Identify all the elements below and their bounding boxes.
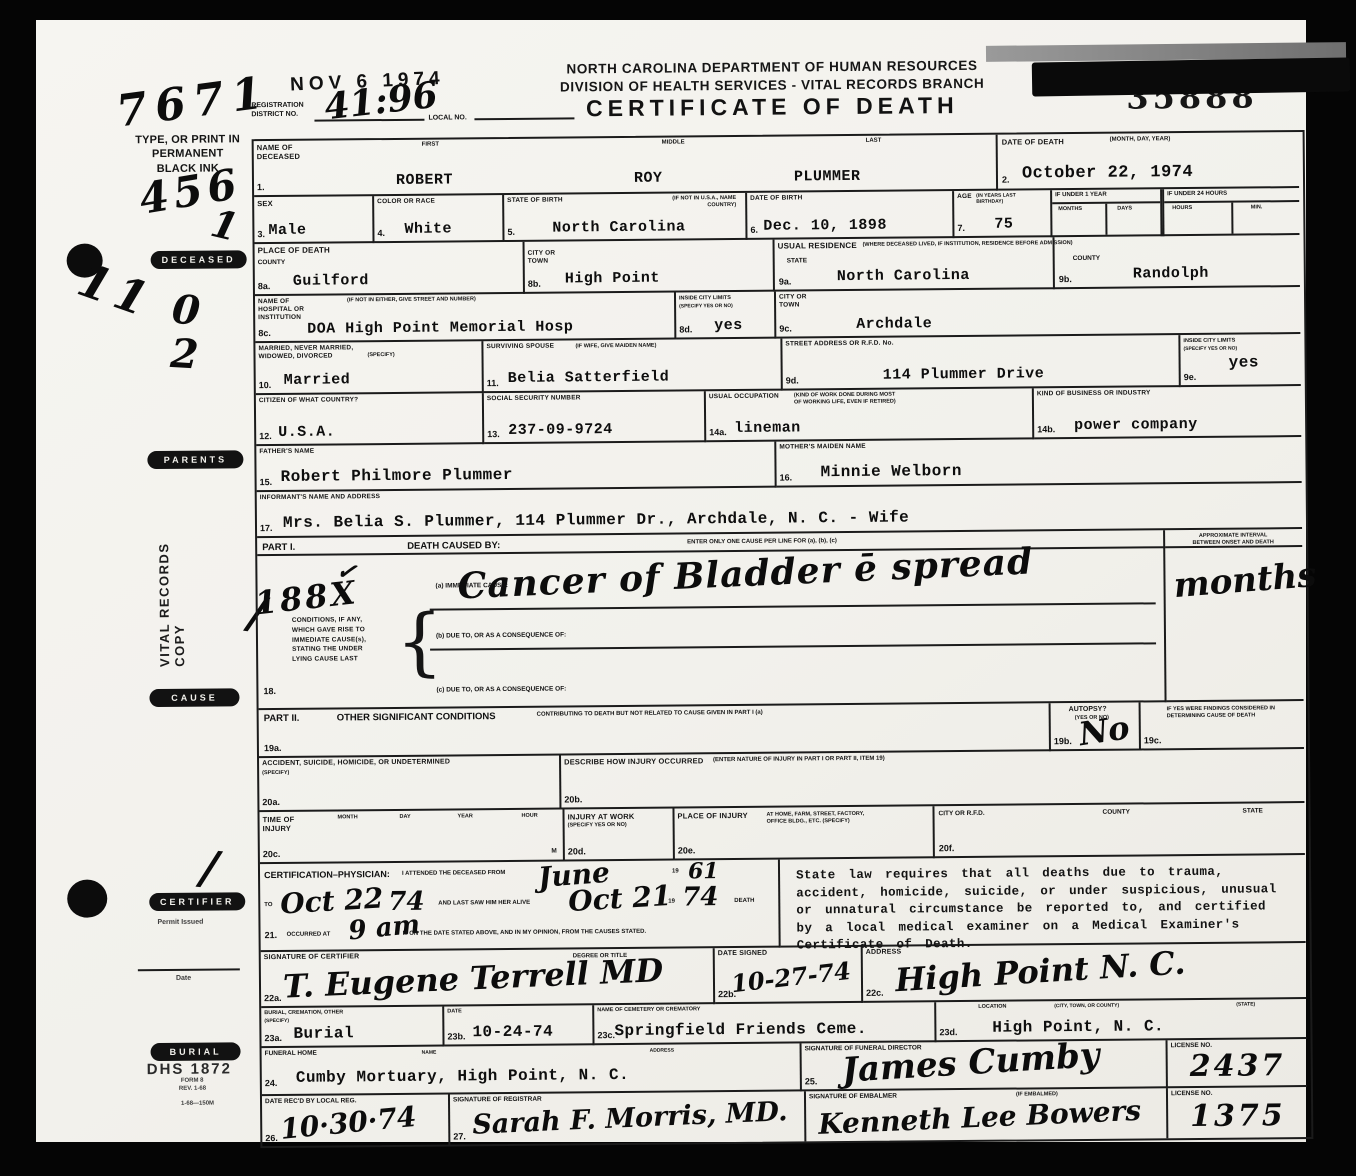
spouse-label: SURVIVING SPOUSE [486, 343, 554, 351]
attended-from-year: 61 [688, 860, 719, 882]
field-age: AGE (IN YEARS LAST BIRTHDAY) 7. 75 [954, 190, 1052, 238]
under1-label: IF UNDER 1 YEAR [1055, 192, 1107, 200]
interval-header-rule [1165, 545, 1302, 548]
under1-months-label: MONTHS [1058, 206, 1082, 213]
res-state-label: STATE [787, 257, 807, 265]
under24-label: IF UNDER 24 HOURS [1167, 191, 1227, 199]
margin-handwritten-0: 0 [170, 290, 202, 332]
burial-type-label: BURIAL, CREMATION, OTHER [264, 1009, 343, 1016]
res-county-number: 9b. [1059, 274, 1072, 284]
number-19b: 19b. [1054, 736, 1072, 746]
field-father: FATHER'S NAME 15. Robert Philmore Plumme… [256, 442, 776, 493]
field-res-street: STREET ADDRESS OR R.F.D. No. 9d. 114 Plu… [782, 335, 1180, 390]
industry-value: power company [1074, 417, 1198, 433]
time-injury-label: TIME OF INJURY [263, 815, 295, 833]
dob-value: Dec. 10, 1898 [763, 218, 887, 234]
atwork-sublabel: (SPECIFY YES OR NO) [568, 822, 627, 829]
conditions-brace: { [396, 605, 444, 679]
field-pod-city: CITY OR TOWN 8b. High Point [525, 240, 775, 294]
sob-sublabel: (IF NOT IN U.S.A., NAME COUNTRY) [596, 195, 736, 209]
part2-label: PART II. [264, 713, 300, 724]
citizen-number: 12. [259, 431, 272, 441]
date-signed-value: 10-27-74 [730, 959, 852, 996]
form-number: DHS 1872 [147, 1060, 232, 1078]
certifier-signature-label: SIGNATURE OF CERTIFIER [264, 953, 360, 962]
form-number-sub2: REV. 1-68 [179, 1086, 206, 1093]
date-signed-label: DATE SIGNED [718, 950, 768, 959]
field-time-of-injury: TIME OF INJURY MONTH DAY YEAR HOUR 20c. … [259, 809, 564, 864]
pod-county-number: 8a. [258, 281, 271, 291]
due-to-c-label: (c) DUE TO, OR AS A CONSEQUENCE OF: [436, 685, 566, 694]
funeral-home-address-sub: ADDRESS [650, 1048, 675, 1054]
field-registrar-signature: SIGNATURE OF REGISTRAR 27. Sarah F. Morr… [450, 1091, 806, 1144]
embalmer-value: Kenneth Lee Bowers [818, 1097, 1142, 1139]
res-city-number: 9c. [779, 323, 792, 333]
occurred-label: OCCURRED AT [287, 932, 331, 940]
number-19a: 19a. [264, 743, 282, 753]
number-23d: 23d. [939, 1027, 957, 1037]
certification-section: CERTIFICATION–PHYSICIAN: I ATTENDED THE … [260, 860, 781, 953]
race-label: COLOR OR RACE [377, 198, 435, 206]
field-cemetery: NAME OF CEMETERY OR CREMATORY 23c. Sprin… [594, 1002, 936, 1045]
field-marital: MARRIED, NEVER MARRIED, WIDOWED, DIVORCE… [255, 341, 483, 395]
margin-handwritten-11: 11 [72, 256, 159, 325]
marital-sublabel: (SPECIFY) [367, 352, 394, 359]
number-21: 21. [265, 930, 278, 940]
tab-cause: CAUSE [149, 688, 239, 707]
pod-county-value: Guilford [293, 273, 369, 289]
injury-county-label: COUNTY [1102, 809, 1130, 817]
name-last-value: PLUMMER [794, 169, 861, 185]
vital-records-copy-label: VITAL RECORDS COPY [156, 497, 187, 667]
part1-label: PART I. [262, 542, 295, 553]
accident-label: ACCIDENT, SUICIDE, HOMICIDE, OR UNDETERM… [262, 758, 450, 768]
attended-label: I ATTENDED THE DECEASED FROM [402, 870, 505, 878]
month-label: MONTH [338, 814, 358, 821]
number-22c: 22c. [866, 988, 884, 998]
other-conditions-label: OTHER SIGNIFICANT CONDITIONS [337, 711, 496, 723]
number-26: 26. [265, 1133, 278, 1143]
burial-type-value: Burial [293, 1025, 354, 1042]
part1-cause-section: PART I. DEATH CAUSED BY: ENTER ONLY ONE … [257, 530, 1166, 710]
occurred-value: 9 am [347, 912, 421, 945]
res-city-value: Archdale [856, 316, 932, 332]
field-sex: SEX 3. Male [254, 196, 374, 244]
dob-number: 6. [750, 225, 758, 235]
field-mother: MOTHER'S MAIDEN NAME 16. Minnie Welborn [776, 437, 1301, 488]
dod-label: DATE OF DEATH [1002, 137, 1064, 147]
race-number: 4. [377, 228, 385, 238]
due-to-b-label: (b) DUE TO, OR AS A CONSEQUENCE OF: [436, 631, 566, 640]
dod-number: 2. [1002, 175, 1010, 185]
death-word: DEATH [734, 898, 754, 905]
field-if-under-1-year: IF UNDER 1 YEAR MONTHS DAYS [1052, 189, 1162, 237]
embalmer-license-label: LICENSE NO. [1171, 1090, 1213, 1098]
scanned-death-certificate: 7671 TYPE, OR PRINT IN PERMANENT BLACK I… [0, 0, 1356, 1176]
res-state-number: 9a. [779, 276, 792, 286]
certification-heading: CERTIFICATION–PHYSICIAN: [264, 869, 390, 880]
burial-date-label: DATE [447, 1008, 462, 1015]
informant-number: 17. [260, 523, 273, 533]
registrar-value: Sarah F. Morris, MD. [472, 1098, 788, 1139]
mother-value: Minnie Welborn [820, 463, 962, 480]
number-20b: 20b. [564, 794, 582, 804]
marital-value: Married [284, 372, 351, 388]
tab-burial: BURIAL [151, 1042, 241, 1061]
field-autopsy: AUTOPSY? (YES OR NO) 19b. No [1051, 702, 1141, 751]
occurred-rest-label: M ON THE DATE STATED ABOVE, AND IN MY OP… [403, 929, 647, 938]
citizen-value: U.S.A. [278, 424, 335, 439]
pre19-a: 19 [672, 869, 679, 876]
ifyes-label: IF YES WERE FINDINGS CONSIDERED IN DETER… [1167, 705, 1276, 719]
registration-district-label-2: DISTRICT NO. [251, 111, 298, 120]
hour-label: HOUR [522, 813, 538, 820]
embalmer-license-value: 1375 [1190, 1101, 1286, 1132]
other-conditions-sublabel: CONTRIBUTING TO DEATH BUT NOT RELATED TO… [537, 710, 763, 719]
part2-section: PART II. OTHER SIGNIFICANT CONDITIONS CO… [259, 703, 1051, 758]
ssn-value: 237-09-9724 [508, 422, 613, 438]
margin-handwritten-7671: 7671 [114, 71, 273, 135]
field-spouse: SURVIVING SPOUSE (IF WIFE, GIVE MAIDEN N… [483, 339, 782, 394]
certificate-title: CERTIFICATE OF DEATH [532, 92, 1012, 123]
certifier-address-value: High Point N. C. [894, 947, 1186, 997]
field-date-received: DATE REC'D BY LOCAL REG. 26. 10·30·74 [262, 1095, 450, 1147]
industry-label: KIND OF BUSINESS OR INDUSTRY [1037, 389, 1151, 398]
sob-label: STATE OF BIRTH [507, 196, 563, 204]
citizen-label: CITIZEN OF WHAT COUNTRY? [259, 396, 358, 405]
atwork-label: INJURY AT WORK [568, 812, 635, 822]
number-23a: 23a. [264, 1033, 282, 1043]
res-state-value: North Carolina [837, 268, 970, 284]
pod-limits-value: yes [714, 318, 743, 333]
name-col-first: FIRST [422, 142, 439, 149]
informant-value: Mrs. Belia S. Plummer, 114 Plummer Dr., … [283, 509, 909, 530]
spouse-sublabel: (IF WIFE, GIVE MAIDEN NAME) [575, 343, 656, 350]
ssn-label: SOCIAL SECURITY NUMBER [487, 394, 581, 403]
pod-group-label: PLACE OF DEATH [258, 246, 331, 256]
field-certifier-signature: SIGNATURE OF CERTIFIER DEGREE OR TITLE 2… [261, 948, 715, 1008]
number-22a: 22a. [264, 993, 282, 1003]
field-burial-location: LOCATION (CITY, TOWN, OR COUNTY) (STATE)… [936, 999, 1306, 1042]
age-sublabel: (IN YEARS LAST BIRTHDAY) [976, 193, 1016, 205]
field-funeral-director: SIGNATURE OF FUNERAL DIRECTOR 25. James … [802, 1040, 1168, 1091]
name-col-last: LAST [866, 138, 882, 145]
pod-city-value: High Point [565, 271, 660, 287]
marital-label: MARRIED, NEVER MARRIED, WIDOWED, DIVORCE… [258, 344, 353, 360]
field-injury-city: CITY OR R.F.D. COUNTY STATE 20f. [934, 803, 1304, 858]
under24-min-label: MIN. [1251, 204, 1263, 211]
department-line-1: NORTH CAROLINA DEPARTMENT OF HUMAN RESOU… [532, 58, 1012, 77]
meridiem-label: M [551, 848, 556, 856]
field-name-of-deceased: NAME OF DECEASED FIRST MIDDLE LAST 1. RO… [254, 135, 998, 197]
dod-value: October 22, 1974 [1022, 164, 1193, 182]
due-to-b-line [430, 642, 1156, 650]
field-describe-injury: DESCRIBE HOW INJURY OCCURRED (ENTER NATU… [561, 749, 1304, 809]
date-received-value: 10·30·74 [279, 1103, 417, 1144]
name-number: 1. [257, 182, 265, 192]
hospital-number: 8c. [258, 328, 271, 338]
name-label: NAME OF DECEASED [257, 143, 300, 161]
describe-injury-sublabel: (ENTER NATURE OF INJURY IN PART I OR PAR… [713, 756, 885, 765]
certificate-form: NAME OF DECEASED FIRST MIDDLE LAST 1. RO… [252, 130, 1314, 1148]
res-street-label: STREET ADDRESS OR R.F.D. No. [785, 340, 893, 349]
res-limits-value: yes [1229, 354, 1259, 370]
field-embalmer-license: LICENSE NO. 1375 [1168, 1087, 1307, 1138]
death-caused-by-label: DEATH CAUSED BY: [407, 540, 500, 552]
margin-handwritten-slash-2: / [199, 844, 220, 891]
alive-label: AND LAST SAW HIM HER ALIVE [438, 900, 530, 908]
field-res-city-limits: INSIDE CITY LIMITS (SPECIFY YES OR NO) 9… [1180, 334, 1300, 387]
local-no-label: LOCAL NO. [428, 114, 466, 123]
form-number-sub1: FORM 8 [181, 1078, 204, 1085]
number-24: 24. [265, 1078, 278, 1088]
field-date-of-death: DATE OF DEATH (MONTH, DAY, YEAR) 2. Octo… [998, 132, 1299, 191]
autopsy-value: No [1077, 711, 1132, 750]
age-number: 7. [957, 223, 965, 233]
race-value: White [404, 221, 452, 236]
alive-value: Oct 21 [568, 882, 673, 916]
res-limits-sublabel: (SPECIFY YES OR NO) [1183, 346, 1237, 352]
number-19c: 19c. [1144, 735, 1162, 745]
part1-interval-column: APPROXIMATE INTERVAL BETWEEN ONSET AND D… [1165, 529, 1303, 702]
tab-certifier: CERTIFIER [149, 892, 245, 911]
pod-city-label: CITY OR TOWN [528, 250, 556, 266]
father-value: Robert Philmore Plummer [280, 467, 512, 485]
field-ssn: SOCIAL SECURITY NUMBER 13. 237-09-9724 [484, 391, 706, 444]
field-if-under-24-hours: IF UNDER 24 HOURS HOURS MIN. [1162, 188, 1299, 236]
ssn-number: 13. [487, 429, 500, 439]
number-27: 27. [453, 1131, 466, 1141]
field-date-of-birth: DATE OF BIRTH 6. Dec. 10, 1898 [747, 191, 954, 240]
interval-value: months [1172, 558, 1317, 603]
sex-label: SEX [257, 199, 273, 208]
age-label: AGE [957, 193, 972, 201]
director-license-value: 2437 [1190, 1051, 1286, 1082]
date-received-label: DATE REC'D BY LOCAL REG. [265, 1097, 357, 1106]
pod-county-label: COUNTY [258, 259, 286, 267]
occupation-number: 14a. [709, 427, 727, 437]
field-funeral-home: FUNERAL HOME NAME ADDRESS 24. Cumby Mort… [262, 1043, 802, 1096]
spouse-value: Belia Satterfield [508, 370, 670, 386]
form-number-sub3: 1-68—150M [181, 1101, 214, 1108]
field-injury-at-work: INJURY AT WORK (SPECIFY YES OR NO) 20d. [564, 809, 674, 862]
cemetery-label: NAME OF CEMETERY OR CREMATORY [597, 1006, 700, 1013]
spouse-number: 11. [487, 378, 499, 388]
field-state-of-birth: STATE OF BIRTH (IF NOT IN U.S.A., NAME C… [504, 193, 747, 242]
res-city-label: CITY OR TOWN [779, 293, 807, 309]
permit-issued-label: Permit Issued [157, 919, 203, 928]
field-director-license: LICENSE NO. 2437 [1168, 1039, 1307, 1088]
state-law-box: State law requires that all deaths due t… [780, 855, 1306, 948]
field-accident: ACCIDENT, SUICIDE, HOMICIDE, OR UNDETERM… [259, 756, 561, 813]
sex-value: Male [268, 223, 306, 238]
field-certifier-address: ADDRESS 22c. High Point N. C. [863, 943, 1306, 1003]
res-county-label: COUNTY [1073, 255, 1101, 263]
mother-label: MOTHER'S MAIDEN NAME [779, 443, 866, 452]
state-law-text: State law requires that all deaths due t… [780, 855, 1306, 955]
tab-parents: PARENTS [147, 450, 243, 469]
field-date-signed: DATE SIGNED 22b. 10-27-74 [715, 947, 863, 1004]
res-county-value: Randolph [1133, 266, 1209, 282]
field-autopsy-findings: IF YES WERE FINDINGS CONSIDERED IN DETER… [1141, 701, 1304, 750]
under1-days-label: DAYS [1117, 206, 1132, 213]
number-20d: 20d. [568, 846, 586, 856]
cause-code-checkmark: ✓ [335, 558, 359, 585]
res-limits-number: 9e. [1184, 372, 1197, 382]
burial-location-sub2: (STATE) [1236, 1001, 1255, 1007]
funeral-home-name-sub: NAME [422, 1050, 437, 1056]
burial-type-sublabel: (SPECIFY) [264, 1018, 289, 1024]
father-label: FATHER'S NAME [259, 448, 314, 456]
interval-label: APPROXIMATE INTERVAL BETWEEN ONSET AND D… [1173, 532, 1293, 546]
funeral-home-label: FUNERAL HOME [265, 1050, 317, 1058]
burial-location-label: LOCATION [978, 1004, 1006, 1011]
conditions-note: CONDITIONS, IF ANY, WHICH GAVE RISE TO I… [292, 615, 367, 664]
number-20e: 20e. [678, 845, 696, 855]
occupation-sublabel: (KIND OF WORK DONE DURING MOST OF WORKIN… [794, 392, 896, 406]
marital-number: 10. [259, 380, 272, 390]
industry-number: 14b. [1037, 424, 1055, 434]
res-street-number: 9d. [786, 375, 799, 385]
pod-limits-sublabel: (SPECIFY YES OR NO) [679, 303, 733, 309]
field-citizen: CITIZEN OF WHAT COUNTRY? 12. U.S.A. [256, 393, 484, 446]
father-number: 15. [260, 477, 273, 487]
embalmer-label: SIGNATURE OF EMBALMER [809, 1093, 897, 1102]
field-burial-type: BURIAL, CREMATION, OTHER (SPECIFY) 23a. … [261, 1007, 444, 1049]
alive-year: 74 [682, 884, 718, 910]
pod-limits-number: 8d. [679, 324, 692, 334]
funeral-home-value: Cumby Mortuary, High Point, N. C. [296, 1067, 629, 1086]
accident-sublabel: (SPECIFY) [262, 770, 289, 777]
field-occupation: USUAL OCCUPATION (KIND OF WORK DONE DURI… [706, 388, 1034, 442]
sob-value: North Carolina [552, 219, 685, 235]
number-20c: 20c. [263, 849, 281, 859]
burial-date-value: 10-24-74 [472, 1024, 553, 1041]
place-injury-label: PLACE OF INJURY [677, 811, 747, 821]
day-label: DAY [400, 814, 411, 821]
number-20a: 20a. [262, 797, 280, 807]
number-23c: 23c. [597, 1030, 615, 1040]
injury-city-label: CITY OR R.F.D. [938, 810, 984, 818]
certificate-page: 7671 TYPE, OR PRINT IN PERMANENT BLACK I… [36, 20, 1306, 1142]
field-burial-date: DATE 23b. 10-24-74 [444, 1005, 594, 1046]
scan-artifact-black-band [1032, 58, 1350, 97]
name-first-value: ROBERT [396, 172, 453, 187]
occupation-value: lineman [734, 420, 801, 436]
hospital-label: NAME OF HOSPITAL OR INSTITUTION [258, 298, 304, 322]
burial-location-sub1: (CITY, TOWN, OR COUNTY) [1054, 1003, 1119, 1010]
number-25: 25. [805, 1076, 818, 1086]
place-injury-sublabel: AT HOME, FARM, STREET, FACTORY, OFFICE B… [767, 811, 865, 825]
hospital-sublabel: (IF NOT IN EITHER, GIVE STREET AND NUMBE… [347, 296, 476, 304]
res-street-value: 114 Plummer Drive [883, 366, 1045, 382]
hole-punch-bottom [67, 879, 107, 917]
pre19-b: 19 [668, 899, 675, 906]
dod-sublabel: (MONTH, DAY, YEAR) [1110, 136, 1171, 144]
name-middle-value: ROY [634, 171, 663, 186]
sob-number: 5. [507, 227, 515, 237]
registration-district-label-1: REGISTRATION [251, 102, 303, 111]
tab-deceased: DECEASED [151, 250, 247, 269]
field-res-state: USUAL RESIDENCE (WHERE DECEASED LIVED, I… [775, 237, 1055, 291]
year-label: YEAR [458, 813, 473, 820]
pod-limits-label: INSIDE CITY LIMITS [679, 295, 731, 302]
field-embalmer-signature: SIGNATURE OF EMBALMER (IF EMBALMED) Kenn… [806, 1088, 1168, 1141]
number-20f: 20f. [939, 843, 955, 853]
describe-injury-label: DESCRIBE HOW INJURY OCCURRED [564, 756, 703, 766]
res-group-label: USUAL RESIDENCE [778, 241, 857, 251]
field-industry: KIND OF BUSINESS OR INDUSTRY 14b. power … [1034, 386, 1301, 439]
field-pod-county: PLACE OF DEATH COUNTY 8a. Guilford [255, 242, 525, 296]
certificate-sheet: 7671 TYPE, OR PRINT IN PERMANENT BLACK I… [32, 15, 1312, 1148]
field-res-city: CITY OR TOWN 9c. Archdale [776, 287, 1300, 339]
field-pod-city-limits: INSIDE CITY LIMITS (SPECIFY YES OR NO) 8… [676, 292, 776, 340]
margin-handwritten-2: 2 [169, 334, 199, 376]
number-23b: 23b. [447, 1031, 465, 1041]
name-col-middle: MIDDLE [662, 139, 685, 146]
sex-number: 3. [257, 229, 265, 239]
age-value: 75 [994, 217, 1013, 232]
field-place-of-injury: PLACE OF INJURY AT HOME, FARM, STREET, F… [674, 806, 934, 860]
occupation-label: USUAL OCCUPATION [709, 393, 779, 401]
to-label: TO [264, 902, 272, 909]
under24-hours-label: HOURS [1172, 205, 1192, 212]
burial-location-value: High Point, N. C. [992, 1018, 1164, 1035]
enter-only-label: ENTER ONLY ONE CAUSE PER LINE FOR (a), (… [687, 538, 837, 546]
mother-number: 16. [780, 472, 793, 482]
field-race: COLOR OR RACE 4. White [374, 195, 504, 243]
number-18: 18. [263, 686, 276, 696]
registrar-label: SIGNATURE OF REGISTRAR [453, 1096, 542, 1105]
dob-label: DATE OF BIRTH [750, 194, 802, 202]
field-hospital: NAME OF HOSPITAL OR INSTITUTION (IF NOT … [255, 293, 676, 344]
date-line [138, 968, 240, 971]
cemetery-value: Springfield Friends Ceme. [614, 1021, 867, 1039]
certifier-address-label: ADDRESS [866, 949, 902, 958]
hospital-value: DOA High Point Memorial Hosp [307, 319, 573, 336]
pod-city-number: 8b. [528, 279, 541, 289]
informant-label: INFORMANT'S NAME AND ADDRESS [260, 493, 380, 502]
date-line-label: Date [176, 975, 191, 984]
res-limits-label: INSIDE CITY LIMITS [1183, 338, 1235, 345]
injury-state-label: STATE [1242, 807, 1262, 815]
